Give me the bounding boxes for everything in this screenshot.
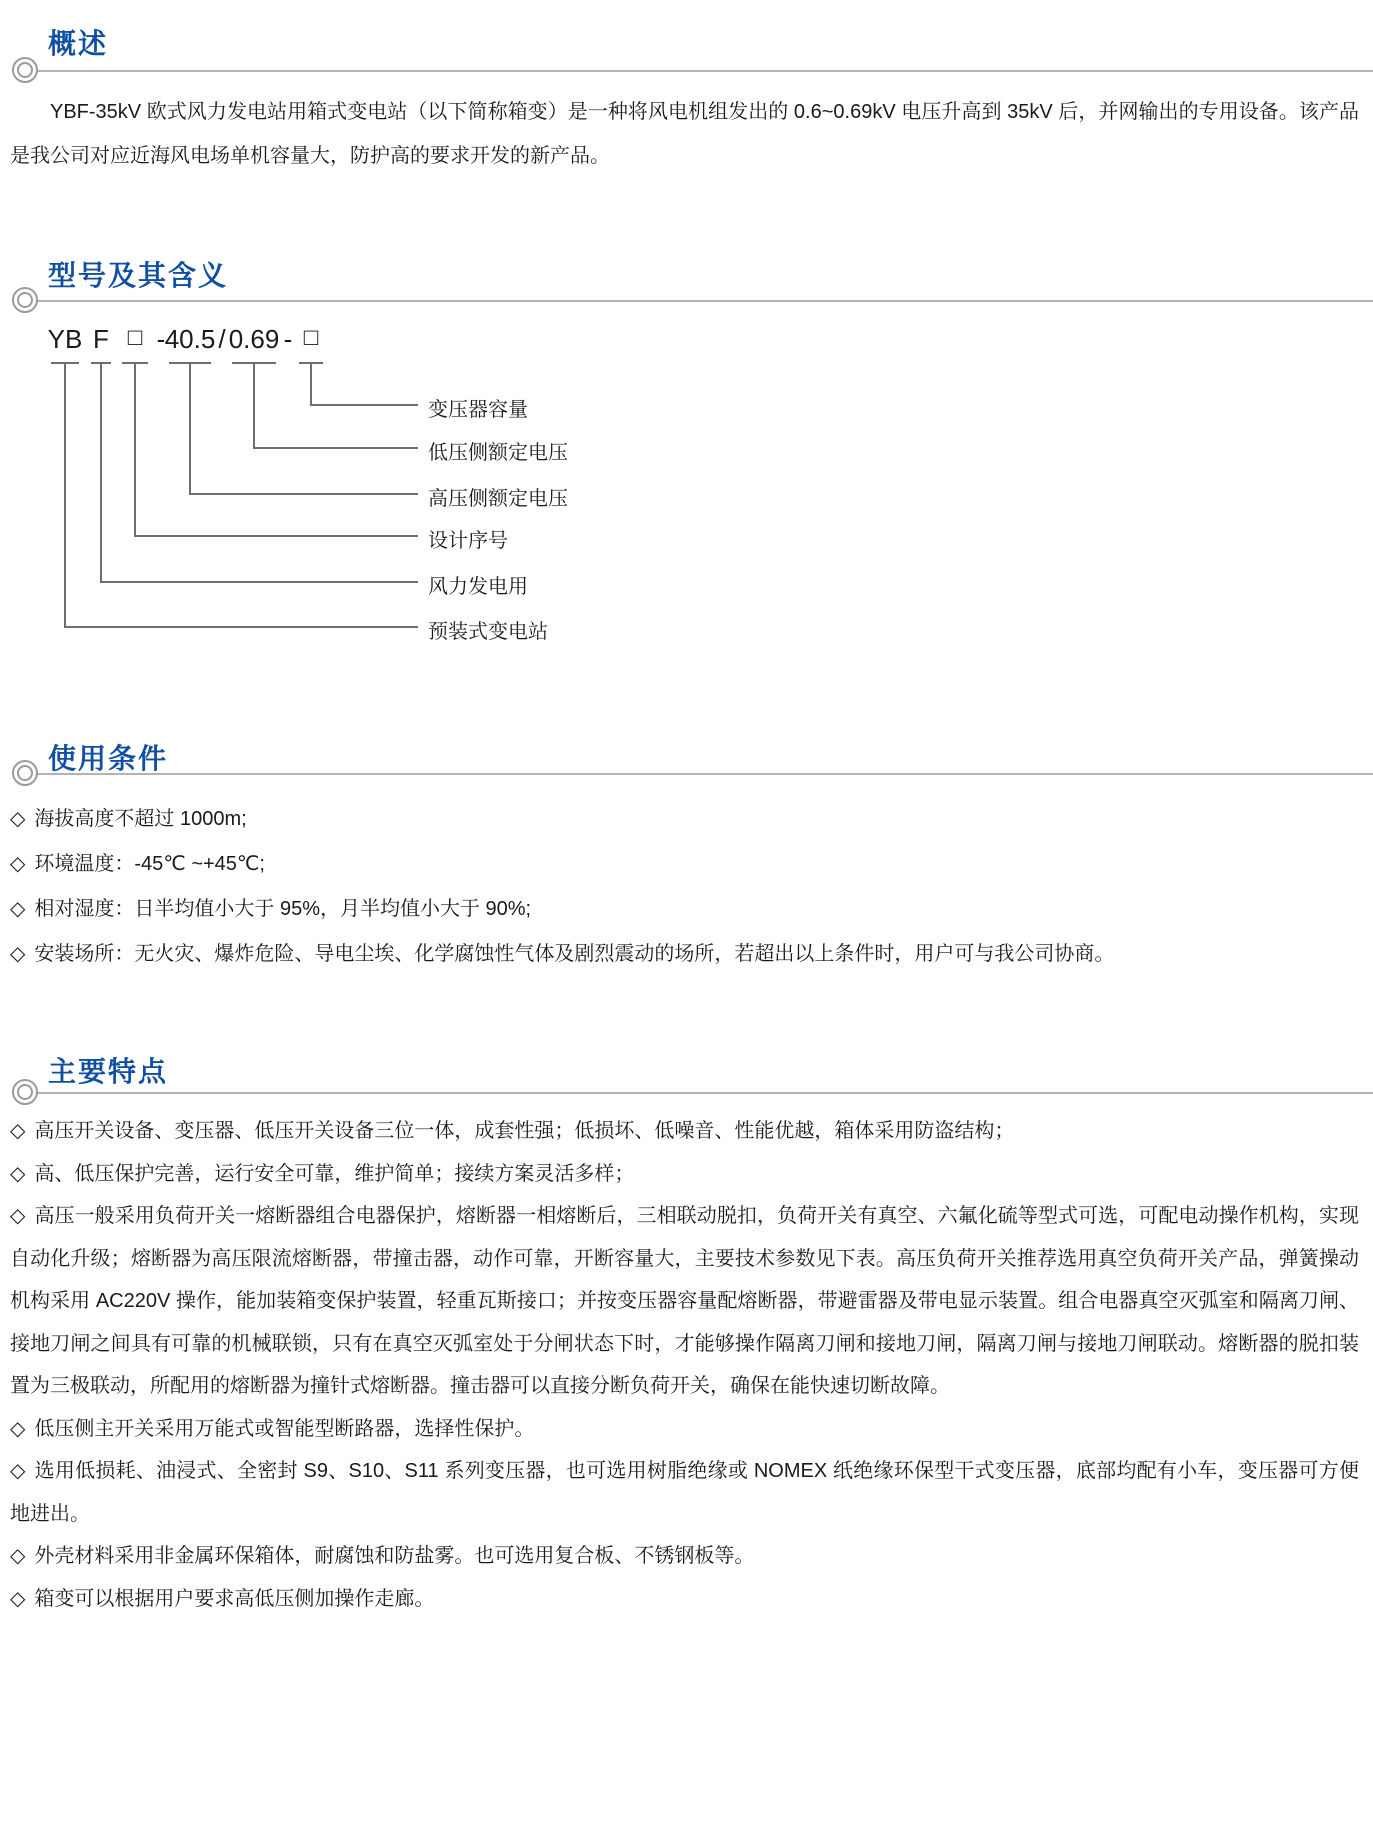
divider-line	[16, 773, 1373, 775]
conditions-list: ◇海拔高度不超过 1000m; ◇环境温度：-45℃ ~+45℃; ◇相对湿度：…	[10, 797, 1359, 977]
double-ring-icon	[12, 287, 38, 313]
feature-item: ◇外壳材料采用非金属环保箱体，耐腐蚀和防盐雾。也可选用复合板、不锈钢板等。	[10, 1535, 1359, 1578]
overview-section-divider	[0, 57, 1373, 87]
divider-line	[16, 300, 1373, 302]
feature-item-text: 外壳材料采用非金属环保箱体，耐腐蚀和防盐雾。也可选用复合板、不锈钢板等。	[34, 1545, 754, 1567]
model-token-box1: □	[128, 324, 143, 352]
meaning-wind-power-use: 风力发电用	[428, 570, 528, 599]
conditions-section-divider	[0, 760, 1373, 790]
condition-item: ◇环境温度：-45℃ ~+45℃;	[10, 842, 1359, 887]
condition-item-text: 相对湿度：日半均值小大于 95%，月半均值小大于 90%;	[34, 898, 531, 920]
feature-item: ◇箱变可以根据用户要求高低压侧加操作走廊。	[10, 1578, 1359, 1621]
model-token-405: 40.5	[165, 324, 216, 355]
model-token-069: 0.69	[229, 324, 280, 355]
diamond-bullet-icon: ◇	[10, 1163, 25, 1185]
features-section-divider	[0, 1079, 1373, 1109]
diamond-bullet-icon: ◇	[10, 1588, 25, 1610]
connector-prefab-substation	[64, 364, 418, 628]
diamond-bullet-icon: ◇	[10, 898, 25, 920]
double-ring-icon	[12, 760, 38, 786]
condition-item: ◇相对湿度：日半均值小大于 95%，月半均值小大于 90%;	[10, 887, 1359, 932]
model-token-yb: YB	[48, 324, 83, 355]
condition-item-text: 安装场所：无火灾、爆炸危险、导电尘埃、化学腐蚀性气体及剧烈震动的场所，若超出以上…	[34, 943, 1114, 965]
feature-item: ◇高、低压保护完善，运行安全可靠，维护简单；接续方案灵活多样；	[10, 1153, 1359, 1196]
diamond-bullet-icon: ◇	[10, 1120, 25, 1142]
condition-item: ◇安装场所：无火灾、爆炸危险、导电尘埃、化学腐蚀性气体及剧烈震动的场所，若超出以…	[10, 932, 1359, 977]
feature-item-text: 低压侧主开关采用万能式或智能型断路器，选择性保护。	[34, 1418, 534, 1440]
model-token-dash2: -	[284, 324, 293, 355]
diamond-bullet-icon: ◇	[10, 1418, 25, 1440]
double-ring-icon	[12, 1079, 38, 1105]
divider-line	[16, 70, 1373, 72]
feature-item: ◇低压侧主开关采用万能式或智能型断路器，选择性保护。	[10, 1408, 1359, 1451]
condition-item-text: 环境温度：-45℃ ~+45℃;	[34, 853, 265, 875]
divider-line	[16, 1092, 1373, 1094]
model-token-slash: /	[218, 324, 225, 355]
datasheet-page: 概述 YBF-35kV 欧式风力发电站用箱式变电站（以下简称箱变）是一种将风电机…	[0, 0, 1373, 1848]
feature-item: ◇高压一般采用负荷开关一熔断器组合电器保护，熔断器一相熔断后，三相联动脱扣，负荷…	[10, 1195, 1359, 1408]
model-token-box2: □	[304, 324, 319, 352]
model-token-f: F	[93, 324, 109, 355]
model-code-diagram: YB F □ - 40.5 / 0.69 - □ 变压器容量 低压侧额定电压 高…	[0, 318, 760, 663]
feature-item-text: 高压开关设备、变压器、低压开关设备三位一体，成套性强；低损坏、低噪音、性能优越，…	[34, 1120, 1014, 1142]
meaning-hv-rated-voltage: 高压侧额定电压	[428, 482, 568, 511]
feature-item: ◇高压开关设备、变压器、低压开关设备三位一体，成套性强；低损坏、低噪音、性能优越…	[10, 1110, 1359, 1153]
meaning-design-serial: 设计序号	[428, 524, 508, 553]
meaning-transformer-capacity: 变压器容量	[428, 393, 528, 422]
diamond-bullet-icon: ◇	[10, 808, 25, 830]
condition-item: ◇海拔高度不超过 1000m;	[10, 797, 1359, 842]
model-section-divider	[0, 287, 1373, 317]
diamond-bullet-icon: ◇	[10, 943, 25, 965]
diamond-bullet-icon: ◇	[10, 1205, 25, 1227]
feature-item-text: 高、低压保护完善，运行安全可靠，维护简单；接续方案灵活多样；	[34, 1163, 634, 1185]
meaning-lv-rated-voltage: 低压侧额定电压	[428, 436, 568, 465]
diamond-bullet-icon: ◇	[10, 1545, 25, 1567]
double-ring-icon	[12, 57, 38, 83]
feature-item-text: 高压一般采用负荷开关一熔断器组合电器保护，熔断器一相熔断后，三相联动脱扣，负荷开…	[10, 1205, 1359, 1397]
feature-item-text: 选用低损耗、油浸式、全密封 S9、S10、S11 系列变压器，也可选用树脂绝缘或…	[10, 1460, 1359, 1525]
condition-item-text: 海拔高度不超过 1000m;	[34, 808, 246, 830]
overview-paragraph: YBF-35kV 欧式风力发电站用箱式变电站（以下简称箱变）是一种将风电机组发出…	[10, 90, 1359, 178]
diamond-bullet-icon: ◇	[10, 853, 25, 875]
diamond-bullet-icon: ◇	[10, 1460, 26, 1482]
feature-item: ◇选用低损耗、油浸式、全密封 S9、S10、S11 系列变压器，也可选用树脂绝缘…	[10, 1450, 1359, 1535]
meaning-prefab-substation: 预装式变电站	[428, 615, 548, 644]
overview-section-title: 概述	[48, 22, 108, 62]
features-list: ◇高压开关设备、变压器、低压开关设备三位一体，成套性强；低损坏、低噪音、性能优越…	[10, 1110, 1359, 1620]
feature-item-text: 箱变可以根据用户要求高低压侧加操作走廊。	[34, 1588, 434, 1610]
